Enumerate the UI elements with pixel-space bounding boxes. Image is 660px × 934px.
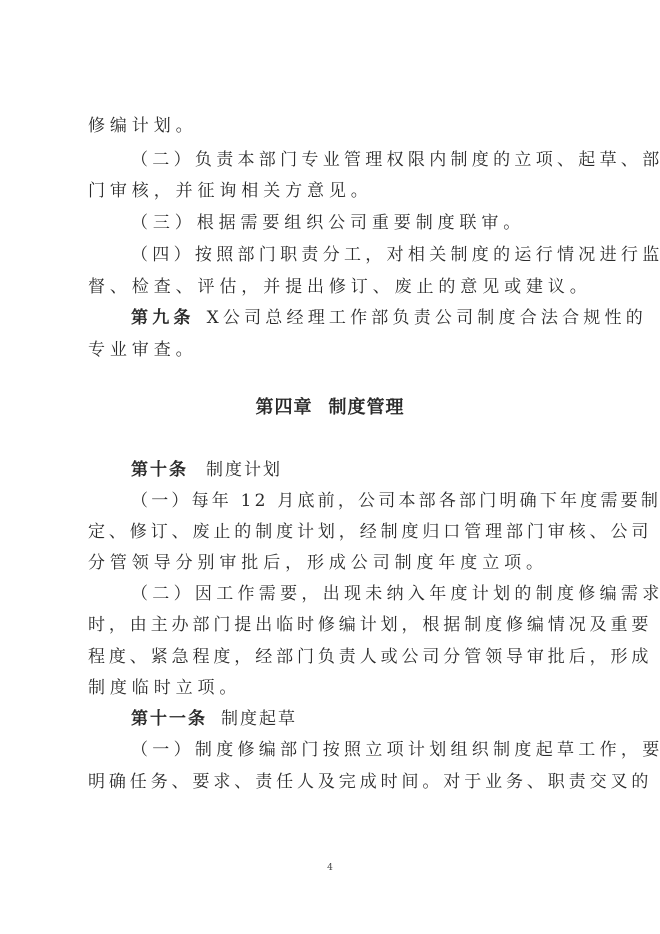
paragraph-line: （一）每年 12 月底前，公司本部各部门明确下年度需要制 <box>131 490 617 512</box>
chapter-number: 第四章 <box>256 397 313 418</box>
paragraph-line: 时，由主办部门提出临时修编计划，根据制度修编情况及重要 <box>88 614 574 636</box>
article-heading: 第十一条制度起草 <box>131 708 617 730</box>
paragraph-line: 专业审查。 <box>88 339 574 361</box>
article-line: 第九条X公司总经理工作部负责公司制度合法合规性的 <box>131 307 617 329</box>
article-label: 第十条 <box>131 460 188 480</box>
article-title: 制度计划 <box>206 460 282 480</box>
paragraph-line: 程度、紧急程度，经部门负责人或公司分管领导审批后，形成 <box>88 646 574 668</box>
article-label: 第九条 <box>131 308 195 328</box>
chapter-heading: 第四章制度管理 <box>0 396 660 420</box>
paragraph-line: 制度临时立项。 <box>88 677 574 699</box>
paragraph-line: 定、修订、废止的制度计划，经制度归口管理部门审核、公司 <box>88 521 574 543</box>
paragraph-line: （二）因工作需要，出现未纳入年度计划的制度修编需求 <box>131 583 617 605</box>
paragraph-line: （一）制度修编部门按照立项计划组织制度起草工作，要 <box>131 739 617 761</box>
paragraph-line: 门审核，并征询相关方意见。 <box>88 180 574 202</box>
paragraph-line: 明确任务、要求、责任人及完成时间。对于业务、职责交叉的 <box>88 771 574 793</box>
article-text: X公司总经理工作部负责公司制度合法合规性的 <box>207 308 647 328</box>
chapter-title: 制度管理 <box>329 397 405 418</box>
page-number: 4 <box>0 863 660 873</box>
paragraph-line: （三）根据需要组织公司重要制度联审。 <box>131 212 617 234</box>
document-page: 修编计划。 （二）负责本部门专业管理权限内制度的立项、起草、部 门审核，并征询相… <box>0 0 660 934</box>
paragraph-line: 修编计划。 <box>88 115 574 137</box>
paragraph-line: （四）按照部门职责分工，对相关制度的运行情况进行监 <box>131 244 617 266</box>
paragraph-line: 督、检查、评估，并提出修订、废止的意见或建议。 <box>88 276 574 298</box>
article-label: 第十一条 <box>131 709 207 729</box>
article-title: 制度起草 <box>221 709 297 729</box>
paragraph-line: （二）负责本部门专业管理权限内制度的立项、起草、部 <box>131 149 617 171</box>
paragraph-line: 分管领导分别审批后，形成公司制度年度立项。 <box>88 552 574 574</box>
article-heading: 第十条制度计划 <box>131 459 617 481</box>
